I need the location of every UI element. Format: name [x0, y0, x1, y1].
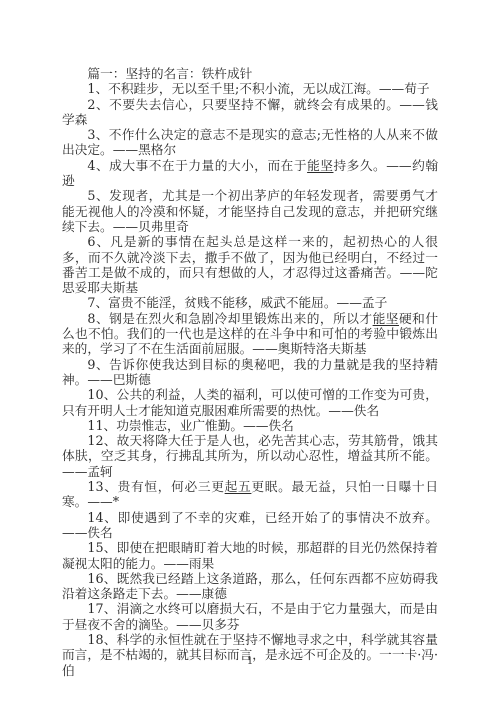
text-segment: 15、即使在把眼睛盯着大地的时候，那超群的目光仍然保持着凝视太阳的能力。——雨果	[62, 540, 438, 570]
text-segment: 5、发现者，尤其是一个初出茅庐的年轻发现者，需要勇气才能无视他人的冷漠和怀疑，才…	[62, 188, 438, 234]
text-segment: 18、科学的永恒性就在于坚持不懈地寻求之中，科学就其容量而言，是不枯竭的，就其目…	[62, 632, 438, 678]
quote-list: 1、不积跬步，无以至千里;不积小流，无以成江海。——荀子2、不要失去信心，只要坚…	[62, 81, 438, 678]
underlined-text: 起五	[225, 479, 252, 494]
quote-paragraph: 14、即使遇到了不幸的灾难，已经开始了的事情决不放弃。——佚名	[62, 510, 438, 541]
underlined-text: 能坚	[373, 311, 399, 326]
quote-paragraph: 18、科学的永恒性就在于坚持不懈地寻求之中，科学就其容量而言，是不枯竭的，就其目…	[62, 632, 438, 678]
document-title: 篇一：坚持的名言：铁杵成针	[62, 66, 438, 81]
document-page: 篇一：坚持的名言：铁杵成针 1、不积跬步，无以至千里;不积小流，无以成江海。——…	[0, 0, 500, 707]
text-segment: 16、既然我已经踏上这条道路，那么，任何东西都不应妨碍我沿着这条路走下去。——康…	[62, 571, 438, 601]
quote-paragraph: 2、不要失去信心，只要坚持不懈，就终会有成果的。——钱学森	[62, 97, 438, 128]
text-segment: 6、凡是新的事情在起头总是这样一来的，起初热心的人很多，而不久就冷淡下去，撒手不…	[62, 234, 438, 295]
quote-paragraph: 7、富贵不能淫，贫贱不能移，威武不能屈。——孟子	[62, 295, 438, 310]
quote-paragraph: 17、涓滴之水终可以磨损大石，不是由于它力量强大，而是由于昼夜不舍的滴坠。——贝…	[62, 601, 438, 632]
text-segment: 17、涓滴之水终可以磨损大石，不是由于它力量强大，而是由于昼夜不舍的滴坠。——贝…	[62, 601, 438, 631]
document-body: 篇一：坚持的名言：铁杵成针 1、不积跬步，无以至千里;不积小流，无以成江海。——…	[62, 66, 438, 678]
quote-paragraph: 9、告诉你使我达到目标的奥秘吧，我的力量就是我的坚持精神。——巴斯德	[62, 357, 438, 388]
quote-paragraph: 1、不积跬步，无以至千里;不积小流，无以成江海。——荀子	[62, 81, 438, 96]
quote-paragraph: 10、公共的利益，人类的福利，可以使可憎的工作变为可贵，只有开明人士才能知道克服…	[62, 387, 438, 418]
quote-paragraph: 11、功崇惟志，业广惟勤。——佚名	[62, 418, 438, 433]
text-segment: 3、不作什么决定的意志不是现实的意志;无性格的人从来不做出决定。——黑格尔	[62, 127, 438, 157]
text-segment: 4、成大事不在于力量的大小，而在于	[87, 158, 307, 173]
page-number: 1	[0, 656, 500, 667]
quote-paragraph: 16、既然我已经踏上这条道路，那么，任何东西都不应妨碍我沿着这条路走下去。——康…	[62, 571, 438, 602]
text-segment: 7、富贵不能淫，贫贱不能移，威武不能屈。——孟子	[87, 295, 387, 310]
text-segment: 14、即使遇到了不幸的灾难，已经开始了的事情决不放弃。——佚名	[62, 510, 438, 540]
text-segment: 1、不积跬步，无以至千里;不积小流，无以成江海。——荀子	[87, 81, 429, 96]
text-segment: 2、不要失去信心，只要坚持不懈，就终会有成果的。——钱学森	[62, 97, 438, 127]
quote-paragraph: 5、发现者，尤其是一个初出茅庐的年轻发现者，需要勇气才能无视他人的冷漠和怀疑，才…	[62, 188, 438, 234]
quote-paragraph: 12、故天将降大任于是人也，必先苦其心志，劳其筋骨，饿其体肤，空乏其身，行拂乱其…	[62, 433, 438, 479]
quote-paragraph: 6、凡是新的事情在起头总是这样一来的，起初热心的人很多，而不久就冷淡下去，撒手不…	[62, 234, 438, 295]
text-segment: 10、公共的利益，人类的福利，可以使可憎的工作变为可贵，只有开明人士才能知道克服…	[62, 387, 438, 417]
text-segment: 11、功崇惟志，业广惟勤。——佚名	[87, 418, 293, 433]
underlined-text: 能坚	[307, 158, 333, 173]
text-segment: 8、钢是在烈火和急剧冷却里锻炼出来的，所以才	[87, 311, 372, 326]
quote-paragraph: 8、钢是在烈火和急剧冷却里锻炼出来的，所以才能坚硬和什么也不怕。我们的一代也是这…	[62, 311, 438, 357]
quote-paragraph: 15、即使在把眼睛盯着大地的时候，那超群的目光仍然保持着凝视太阳的能力。——雨果	[62, 540, 438, 571]
text-segment: 9、告诉你使我达到目标的奥秘吧，我的力量就是我的坚持精神。——巴斯德	[62, 357, 438, 387]
quote-paragraph: 3、不作什么决定的意志不是现实的意志;无性格的人从来不做出决定。——黑格尔	[62, 127, 438, 158]
quote-paragraph: 13、贵有恒，何必三更起五更眠。最无益，只怕一日曝十日寒。——*	[62, 479, 438, 510]
text-segment: 12、故天将降大任于是人也，必先苦其心志，劳其筋骨，饿其体肤，空乏其身，行拂乱其…	[62, 433, 438, 479]
text-segment: 13、贵有恒，何必三更	[87, 479, 224, 494]
quote-paragraph: 4、成大事不在于力量的大小，而在于能坚持多久。——约翰逊	[62, 158, 438, 189]
